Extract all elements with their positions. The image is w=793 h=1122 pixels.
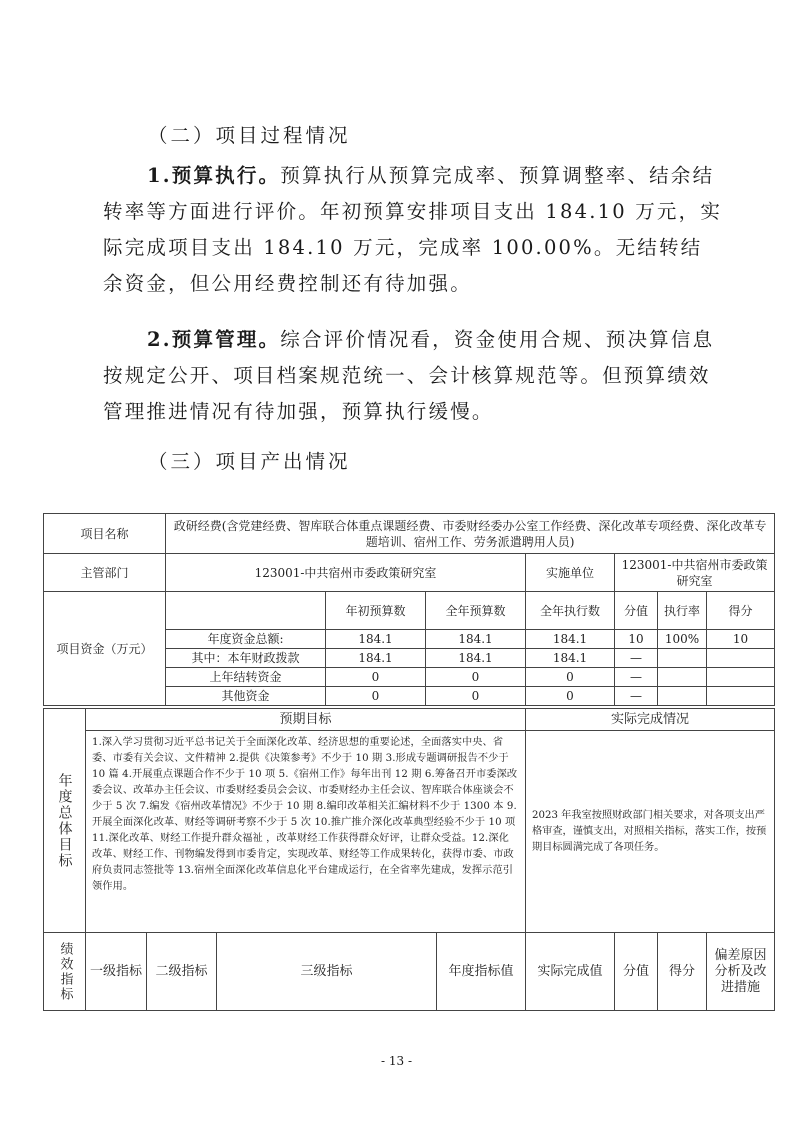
funds-score-value: 10 — [615, 630, 658, 649]
budget-execution-title: 1.预算执行。 — [147, 164, 280, 187]
funds-header-blank — [166, 592, 326, 630]
perf-header-level1: 一级指标 — [86, 933, 147, 1011]
funds-score: 10 — [707, 630, 775, 649]
funds-header: 执行率 — [658, 592, 707, 630]
budget-management-title: 2.预算管理。 — [147, 328, 280, 351]
funds-initial: 0 — [326, 668, 426, 687]
funds-executed: 184.1 — [526, 630, 615, 649]
expected-goal-text: 1.深入学习贯彻习近平总书记关于全面深化改革、经济思想的重要论述，全面落实中央、… — [86, 731, 526, 933]
project-name-value: 政研经费(含党建经费、智库联合体重点课题经费、市委财经委办公室工作经费、深化改革… — [166, 514, 775, 554]
goal-label-cell: 年度总体目标 — [44, 709, 86, 933]
perf-header-deviation: 偏差原因分析及改进措施 — [707, 933, 775, 1011]
funds-executed: 0 — [526, 668, 615, 687]
funds-annual: 0 — [426, 687, 526, 706]
project-name-label: 项目名称 — [44, 514, 166, 554]
section-heading-output: （三）项目产出情况 — [148, 446, 351, 474]
funds-label: 项目资金（万元） — [44, 592, 166, 706]
funds-executed: 0 — [526, 687, 615, 706]
goal-label: 年度总体目标 — [57, 773, 73, 869]
funds-initial: 184.1 — [326, 649, 426, 668]
funds-row-label: 上年结转资金 — [166, 668, 326, 687]
actual-completion-header: 实际完成情况 — [526, 709, 775, 731]
impl-label: 实施单位 — [526, 554, 615, 592]
funds-initial: 0 — [326, 687, 426, 706]
impl-value: 123001-中共宿州市委政策研究室 — [615, 554, 775, 592]
perf-header-actual-value: 实际完成值 — [526, 933, 615, 1011]
funds-rate: 100% — [658, 630, 707, 649]
funds-rate — [658, 687, 707, 706]
funds-score-value: — — [615, 687, 658, 706]
funds-row-label: 其他资金 — [166, 687, 326, 706]
perf-header-level2: 二级指标 — [147, 933, 217, 1011]
funds-annual: 184.1 — [426, 630, 526, 649]
funds-score-value: — — [615, 649, 658, 668]
performance-indicator-table: 绩效指标 一级指标 二级指标 三级指标 年度指标值 实际完成值 分值 得分 偏差… — [43, 932, 775, 1011]
perf-header-score: 得分 — [658, 933, 707, 1011]
actual-completion-text: 2023 年我室按照财政部门相关要求，对各项支出严格审查，谨慎支出，对照相关指标… — [526, 731, 775, 933]
funds-header: 年初预算数 — [326, 592, 426, 630]
dept-value: 123001-中共宿州市委政策研究室 — [166, 554, 526, 592]
funds-rate — [658, 649, 707, 668]
perf-label-cell: 绩效指标 — [44, 933, 86, 1011]
perf-header-score-value: 分值 — [615, 933, 658, 1011]
section-heading-process: （二）项目过程情况 — [148, 120, 351, 148]
funds-score — [707, 649, 775, 668]
funds-header: 全年执行数 — [526, 592, 615, 630]
funds-header: 得分 — [707, 592, 775, 630]
funds-executed: 184.1 — [526, 649, 615, 668]
funds-annual: 184.1 — [426, 649, 526, 668]
funds-initial: 184.1 — [326, 630, 426, 649]
paragraph-budget-management: 2.预算管理。综合评价情况看，资金使用合规、预决算信息按规定公开、项目档案规范统… — [103, 322, 723, 430]
expected-goal-header: 预期目标 — [86, 709, 526, 731]
dept-label: 主管部门 — [44, 554, 166, 592]
funds-score — [707, 687, 775, 706]
funds-score-value: — — [615, 668, 658, 687]
funds-header: 分值 — [615, 592, 658, 630]
funds-row-label: 其中：本年财政拨款 — [166, 649, 326, 668]
annual-goal-table: 年度总体目标 预期目标 实际完成情况 1.深入学习贯彻习近平总书记关于全面深化改… — [43, 708, 775, 933]
page-number: - 13 - — [0, 1054, 793, 1068]
funds-annual: 0 — [426, 668, 526, 687]
perf-label: 绩效指标 — [57, 942, 73, 1002]
project-info-table: 项目名称 政研经费(含党建经费、智库联合体重点课题经费、市委财经委办公室工作经费… — [43, 513, 775, 706]
funds-header: 全年预算数 — [426, 592, 526, 630]
perf-header-annual-target: 年度指标值 — [437, 933, 526, 1011]
funds-rate — [658, 668, 707, 687]
funds-row-label: 年度资金总额: — [166, 630, 326, 649]
paragraph-budget-execution: 1.预算执行。预算执行从预算完成率、预算调整率、结余结转率等方面进行评价。年初预… — [103, 158, 723, 302]
funds-score — [707, 668, 775, 687]
perf-header-level3: 三级指标 — [217, 933, 437, 1011]
